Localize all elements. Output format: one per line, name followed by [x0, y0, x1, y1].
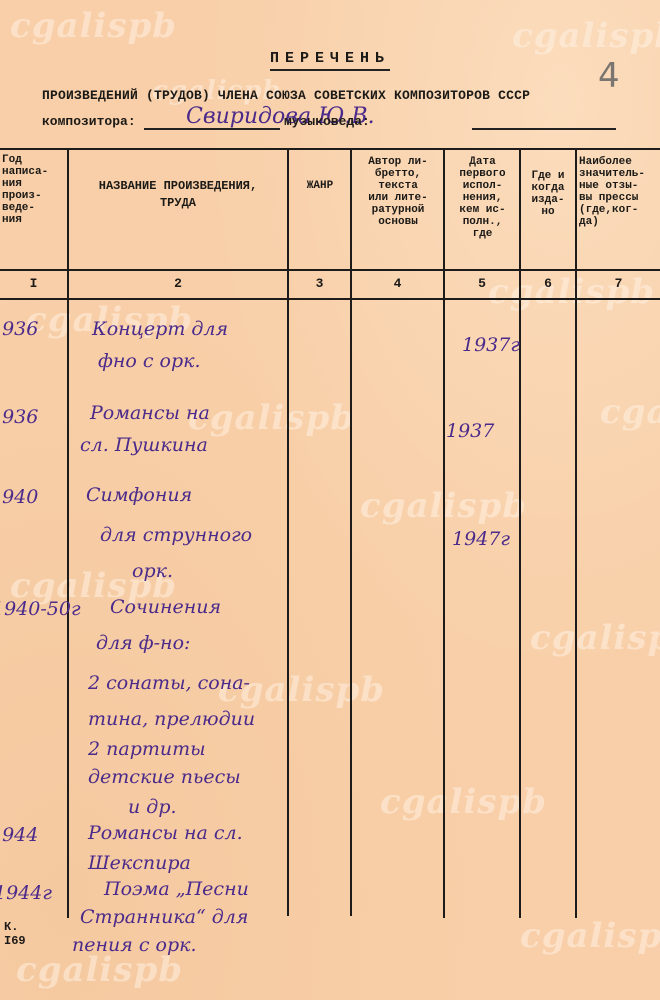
watermark: cgalispb	[380, 782, 547, 822]
composer-line: композитора:	[42, 114, 136, 129]
row-title: Симфония	[86, 484, 192, 506]
watermark: cgalispb	[530, 618, 660, 658]
column-header-premiere: Дата первого испол- нения, кем ис- полн.…	[446, 156, 519, 240]
number-row-border	[0, 298, 660, 300]
row-year: 1944г	[0, 882, 52, 904]
composer-label: композитора:	[42, 114, 136, 129]
column-header-published: Где и когда изда- но	[521, 170, 575, 218]
row-premiere: 1937	[446, 420, 494, 442]
column-divider	[350, 148, 352, 916]
column-number: 7	[577, 276, 660, 291]
musicologist-label: музыковеда:	[284, 114, 370, 129]
row-title: 2 партиты	[88, 738, 206, 760]
row-title: 2 сонаты, сона-	[88, 672, 250, 694]
column-number: I	[0, 276, 67, 291]
row-title: Сочинения	[110, 596, 221, 618]
column-divider	[67, 148, 69, 918]
row-title: и др.	[128, 796, 177, 818]
row-title: пения с орк.	[72, 934, 197, 956]
column-number: 5	[445, 276, 519, 291]
column-number: 3	[289, 276, 350, 291]
row-title: орк.	[132, 560, 173, 582]
column-divider	[443, 148, 445, 918]
column-divider	[575, 148, 577, 918]
row-premiere: 1937г	[462, 334, 520, 356]
watermark: cgalispb	[520, 916, 660, 956]
composer-underline	[144, 128, 280, 130]
column-header-year: Год написа- ния произ- веде- ния	[2, 154, 66, 226]
row-year: 1940-50г	[0, 598, 81, 620]
row-title: сл. Пушкина	[80, 434, 208, 456]
row-title: тина, прелюдии	[88, 708, 255, 730]
document-subtitle: ПРОИЗВЕДЕНИЙ (ТРУДОВ) ЧЛЕНА СОЮЗА СОВЕТС…	[42, 88, 530, 103]
watermark: cgalispb	[188, 398, 355, 438]
column-header-author: Автор ли- бретто, текста или лите- ратур…	[353, 156, 443, 228]
row-title: Шекспира	[88, 852, 191, 874]
row-title: для струнного	[100, 524, 252, 546]
column-number: 6	[521, 276, 575, 291]
column-header-genre: ЖАНР	[290, 180, 350, 192]
musicologist-underline	[472, 128, 616, 130]
document-title: ПЕРЕЧЕНЬ	[0, 50, 660, 67]
column-header-reviews: Наиболее значитель- ные отзы- вы прессы …	[579, 156, 660, 228]
archive-code: К. I69	[4, 920, 26, 948]
row-title: детские пьесы	[88, 766, 241, 788]
watermark: cgalispb	[600, 392, 660, 432]
row-year: 1944	[0, 824, 38, 846]
column-header-title: НАЗВАНИЕ ПРОИЗВЕДЕНИЯ, ТРУДА	[70, 178, 286, 212]
row-title: для ф-но:	[96, 632, 190, 654]
column-divider	[519, 148, 521, 918]
row-title: Концерт для	[92, 318, 228, 340]
row-title: Романсы на сл.	[88, 822, 243, 844]
row-premiere: 1947г	[452, 528, 510, 550]
watermark: cgalispb	[16, 950, 183, 990]
column-divider	[287, 148, 289, 916]
row-year: 1936	[0, 318, 38, 340]
row-title: Романсы на	[90, 402, 210, 424]
header-bottom-border	[0, 269, 660, 271]
row-title: Поэма „Песни	[104, 878, 249, 900]
table-top-border	[0, 148, 660, 150]
watermark: cgalispb	[10, 6, 177, 46]
row-year: 1940	[0, 486, 38, 508]
row-year: 1936	[0, 406, 38, 428]
column-number: 4	[352, 276, 443, 291]
row-title: фно с орк.	[98, 350, 201, 372]
row-title: Странника“ для	[80, 906, 248, 928]
column-number: 2	[69, 276, 287, 291]
